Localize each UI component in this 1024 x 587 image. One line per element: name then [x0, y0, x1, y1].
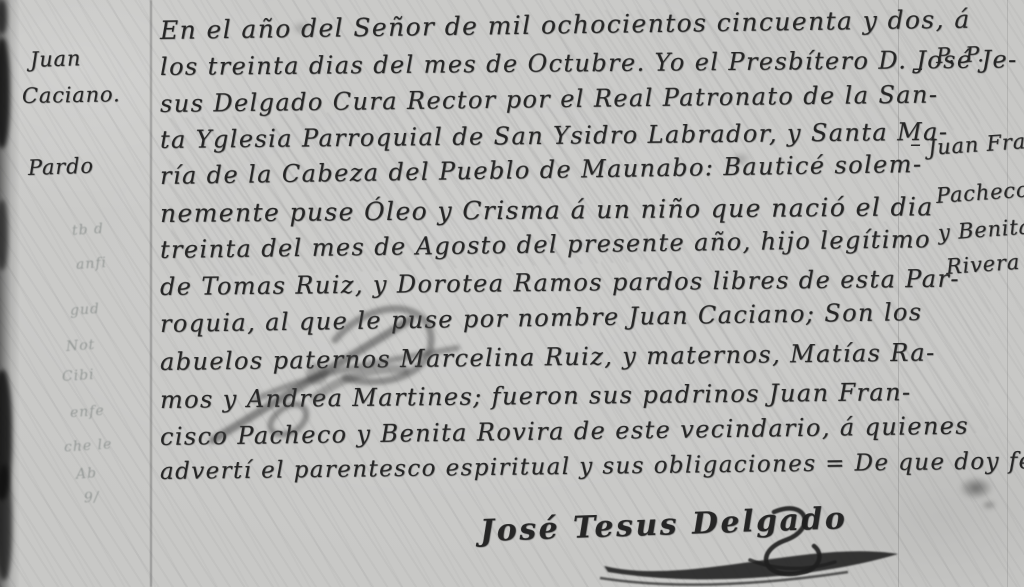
pencil-note: 9/ [83, 489, 100, 506]
record-line-2: los treinta dias del mes de Octubre. Yo … [160, 46, 1018, 81]
margin-child-surname: Pardo [28, 154, 95, 180]
record-line-8: de Tomas Ruiz, y Dorotea Ramos pardos li… [160, 265, 960, 301]
record-line-4: ta Yglesia Parroquial de San Ysidro Labr… [160, 118, 949, 154]
pencil-note: Ab [75, 465, 97, 482]
filler-dash: – [912, 56, 923, 81]
record-line-13: advertí el parentesco espiritual y sus o… [160, 448, 1024, 485]
pencil-note: gud [69, 301, 100, 319]
register-page-scan: Juan Caciano. Pardo tb d anfi gud Not Ci… [0, 0, 1024, 587]
ink-stain [952, 472, 1000, 504]
margin-pp-label: P. P. [936, 42, 987, 68]
filler-dash: – [910, 132, 921, 157]
record-line-12: cisco Pacheco y Benita Rovira de este ve… [160, 412, 969, 451]
page-edge-line [1007, 0, 1008, 587]
record-line-10: abuelos paternos Marcelina Ruiz, y mater… [160, 339, 936, 376]
margin-godparent-line: y Benita [937, 214, 1024, 244]
pencil-note: tb d [71, 221, 104, 239]
pencil-note: Not [65, 337, 95, 355]
record-line-9: roquia, al que le puse por nombre Juan C… [160, 298, 923, 338]
record-line-1: En el año del Señor de mil ochocientos c… [160, 5, 971, 45]
pencil-note: enfe [69, 403, 105, 421]
margin-child-middle-name: Caciano. [22, 82, 121, 108]
pencil-note: che le [64, 436, 113, 455]
record-line-7: treinta del mes de Agosto del presente a… [160, 225, 931, 264]
pencil-note: anfi [75, 255, 107, 273]
pencil-note: Cibi [61, 367, 95, 385]
record-line-3: sus Delgado Cura Rector por el Real Patr… [160, 80, 939, 118]
record-line-6: nemente puse Óleo y Crisma á un niño que… [160, 192, 934, 228]
margin-rule-line [150, 0, 152, 587]
margin-godparent-line: Pacheco [935, 178, 1024, 208]
margin-child-first-name: Juan [30, 46, 82, 72]
priest-signature: José Tesus Delgado [479, 501, 848, 549]
margin-godparent-line: Rivera [945, 250, 1021, 279]
record-line-5: ría de la Cabeza del Pueblo de Maunabo: … [160, 150, 923, 190]
ink-stain [978, 498, 1000, 512]
record-line-11: mos y Andrea Martines; fueron sus padrin… [160, 378, 912, 414]
